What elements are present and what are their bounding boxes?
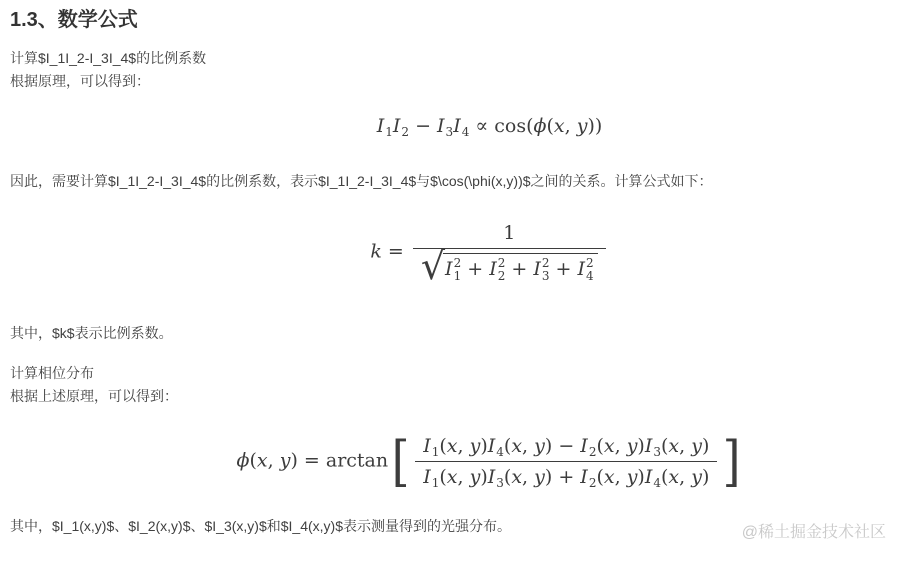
fraction-denominator: I1(x, y)I3(x, y) + I2(x, y)I4(x, y)	[415, 461, 717, 488]
math-glyph: I	[489, 258, 497, 280]
math-glyph: (	[546, 115, 553, 137]
math-glyph: (	[249, 450, 256, 472]
fraction-numerator: I1(x, y)I4(x, y) − I2(x, y)I3(x, y)	[415, 435, 717, 461]
math-glyph: +	[550, 258, 578, 280]
math-glyph: (	[596, 435, 603, 457]
math-glyph: ,	[679, 435, 691, 457]
math-token: x	[604, 466, 615, 488]
math-token: (	[596, 466, 603, 488]
math-token: I2	[580, 466, 596, 488]
math-token: )	[637, 435, 644, 457]
math-token: I3	[437, 115, 453, 137]
math-glyph: x	[554, 115, 565, 137]
math-glyph: ))	[587, 115, 602, 137]
math-glyph: I	[580, 466, 588, 488]
math-token: I4	[488, 435, 504, 457]
math-glyph: I	[533, 258, 541, 280]
math-token: ,	[615, 435, 627, 457]
math-token: ,	[679, 466, 691, 488]
math-glyph: ,	[615, 466, 627, 488]
subscript: 4	[462, 125, 470, 139]
math-glyph: +	[552, 466, 580, 488]
math-glyph: )	[702, 466, 709, 488]
math-glyph: +	[461, 258, 489, 280]
math-token: I1	[377, 115, 393, 137]
math-token: ))	[587, 115, 602, 137]
subscript: 2	[401, 125, 409, 139]
paragraph-compute-coefficient: 计算$I_1I_2-I_3I_4$的比例系数 根据原理，可以得到：	[10, 47, 899, 93]
math-glyph: ,	[615, 435, 627, 457]
math-glyph: )	[480, 435, 487, 457]
math-token: x	[511, 466, 522, 488]
formula-intensity-proportionality: I1I2 − I3I4 ∝ cos(ϕ(x, y))	[377, 115, 603, 137]
math-glyph: I	[578, 258, 586, 280]
formula-row-phase: ϕ(x, y) = arctan[I1(x, y)I4(x, y) − I2(x…	[10, 435, 899, 488]
math-token: y	[534, 435, 545, 457]
math-token: ϕ	[237, 450, 250, 472]
math-glyph: 1	[503, 222, 515, 244]
math-token: y	[627, 435, 638, 457]
math-token: ,	[565, 115, 577, 137]
math-token: )	[480, 435, 487, 457]
math-glyph: ,	[565, 115, 577, 137]
math-token: x	[668, 435, 679, 457]
math-token: y	[280, 450, 291, 472]
math-glyph: x	[604, 435, 615, 457]
math-glyph: −	[409, 115, 437, 137]
math-glyph: I	[377, 115, 385, 137]
math-glyph: y	[627, 466, 638, 488]
math-glyph: (	[439, 466, 446, 488]
math-glyph: ,	[458, 435, 470, 457]
math-token: I24	[578, 258, 594, 280]
math-token: +	[552, 466, 580, 488]
math-token: ,	[458, 466, 470, 488]
sub-sup-stack: 24	[586, 257, 594, 283]
math-token: ,	[679, 435, 691, 457]
bracket-body: I1(x, y)I4(x, y) − I2(x, y)I3(x, y)I1(x,…	[412, 435, 720, 488]
math-glyph: y	[577, 115, 588, 137]
math-glyph: x	[668, 466, 679, 488]
math-glyph: x	[511, 466, 522, 488]
math-glyph: k	[370, 241, 382, 263]
math-glyph: ,	[458, 466, 470, 488]
math-token: (	[439, 466, 446, 488]
subscript: 3	[542, 270, 550, 283]
subscript: 1	[432, 476, 440, 490]
math-glyph: I	[393, 115, 401, 137]
math-token: x	[447, 435, 458, 457]
math-token: =	[382, 241, 410, 263]
math-token: x	[447, 466, 458, 488]
math-token: ,	[615, 466, 627, 488]
math-token: x	[554, 115, 565, 137]
math-glyph: cos(	[494, 115, 533, 137]
math-token: I22	[489, 258, 505, 280]
math-glyph: ϕ	[534, 115, 547, 137]
math-glyph: ) = arctan	[290, 450, 388, 472]
math-glyph: y	[534, 466, 545, 488]
paragraph-relation-explanation: 因此，需要计算$I_1I_2-I_3I_4$的比例系数，表示$I_1I_2-I_…	[10, 170, 899, 193]
paragraph-k-meaning: 其中，$k$表示比例系数。	[10, 322, 899, 345]
math-glyph: ,	[522, 466, 534, 488]
text-line: 计算$I_1I_2-I_3I_4$的比例系数	[10, 47, 899, 70]
math-token: I1	[423, 466, 439, 488]
fraction-denominator: √I21 + I22 + I23 + I24	[413, 248, 606, 283]
math-glyph: =	[382, 241, 410, 263]
bracket-group: [I1(x, y)I4(x, y) − I2(x, y)I3(x, y)I1(x…	[390, 435, 742, 488]
math-glyph: x	[447, 466, 458, 488]
math-token: x	[257, 450, 268, 472]
math-glyph: ,	[679, 466, 691, 488]
math-token: ϕ	[534, 115, 547, 137]
subscript: 3	[496, 476, 504, 490]
math-token: (	[546, 115, 553, 137]
text-line: 计算相位分布	[10, 362, 899, 385]
math-token: I23	[533, 258, 549, 280]
math-token: y	[627, 466, 638, 488]
math-token: y	[470, 466, 481, 488]
math-glyph: ∝	[469, 115, 494, 137]
math-glyph: x	[257, 450, 268, 472]
math-glyph: I	[423, 435, 431, 457]
math-token: x	[511, 435, 522, 457]
math-glyph: )	[480, 466, 487, 488]
math-token: I4	[645, 466, 661, 488]
section-heading: 1.3、数学公式	[10, 8, 899, 32]
math-glyph: y	[534, 435, 545, 457]
math-token: )	[480, 466, 487, 488]
math-token: +	[461, 258, 489, 280]
right-bracket: ]	[723, 439, 741, 485]
math-glyph: I	[488, 435, 496, 457]
math-glyph: I	[453, 115, 461, 137]
math-token: 1	[503, 222, 515, 244]
math-token: ,	[522, 466, 534, 488]
sub-sup-stack: 23	[542, 257, 550, 283]
formula-phase-distribution: ϕ(x, y) = arctan[I1(x, y)I4(x, y) − I2(x…	[237, 435, 743, 488]
fraction: I1(x, y)I4(x, y) − I2(x, y)I3(x, y)I1(x,…	[415, 435, 717, 488]
subscript: 3	[446, 125, 454, 139]
math-glyph: y	[627, 435, 638, 457]
math-glyph: I	[437, 115, 445, 137]
math-glyph: x	[511, 435, 522, 457]
subscript: 1	[385, 125, 393, 139]
radical-sign: √	[421, 251, 445, 281]
math-token: I1	[423, 435, 439, 457]
subscript: 3	[653, 445, 661, 459]
math-token: x	[604, 435, 615, 457]
math-token: )	[702, 435, 709, 457]
formula-row-coefficient: k = 1√I21 + I22 + I23 + I24	[10, 222, 899, 283]
math-token: ) = arctan	[290, 450, 388, 472]
subscript: 4	[653, 476, 661, 490]
math-token: I4	[453, 115, 469, 137]
math-token: (	[596, 435, 603, 457]
math-token: y	[534, 466, 545, 488]
math-glyph: I	[445, 258, 453, 280]
math-glyph: (	[596, 466, 603, 488]
math-token: −	[552, 435, 580, 457]
subscript: 2	[589, 476, 597, 490]
math-glyph: I	[645, 435, 653, 457]
math-token: I21	[445, 258, 461, 280]
math-glyph: I	[488, 466, 496, 488]
math-token: +	[550, 258, 578, 280]
math-token: +	[505, 258, 533, 280]
article-page: 1.3、数学公式 计算$I_1I_2-I_3I_4$的比例系数 根据原理，可以得…	[0, 0, 899, 561]
math-glyph: )	[637, 435, 644, 457]
math-token: y	[577, 115, 588, 137]
math-token: (	[439, 435, 446, 457]
math-glyph: )	[702, 435, 709, 457]
math-token: I3	[645, 435, 661, 457]
math-glyph: ,	[522, 435, 534, 457]
site-watermark: @稀土掘金技术社区	[742, 522, 886, 544]
math-token: k	[370, 241, 382, 263]
math-glyph: x	[668, 435, 679, 457]
math-glyph: I	[423, 466, 431, 488]
math-token: I2	[393, 115, 409, 137]
subscript: 4	[586, 270, 594, 283]
math-glyph: )	[637, 466, 644, 488]
math-token: )	[702, 466, 709, 488]
math-glyph: −	[552, 435, 580, 457]
math-token: cos(	[494, 115, 533, 137]
math-glyph: y	[691, 466, 702, 488]
math-glyph: ,	[268, 450, 280, 472]
math-token: )	[637, 466, 644, 488]
math-token: y	[470, 435, 481, 457]
subscript: 2	[589, 445, 597, 459]
math-glyph: x	[604, 466, 615, 488]
math-glyph: I	[645, 466, 653, 488]
square-root: √I21 + I22 + I23 + I24	[421, 253, 598, 283]
math-token: ∝	[469, 115, 494, 137]
math-glyph: x	[447, 435, 458, 457]
left-bracket: [	[392, 439, 410, 485]
text-line: 根据上述原理，可以得到：	[10, 385, 899, 408]
formula-scale-coefficient: k = 1√I21 + I22 + I23 + I24	[370, 222, 608, 283]
math-glyph: (	[439, 435, 446, 457]
math-glyph: ϕ	[237, 450, 250, 472]
math-token: y	[691, 466, 702, 488]
math-token: (	[249, 450, 256, 472]
paragraph-phase-distribution: 计算相位分布 根据上述原理，可以得到：	[10, 362, 899, 408]
math-token: ,	[268, 450, 280, 472]
subscript: 1	[432, 445, 440, 459]
math-glyph: y	[691, 435, 702, 457]
math-token: I2	[580, 435, 596, 457]
math-token: y	[691, 435, 702, 457]
fraction: 1√I21 + I22 + I23 + I24	[413, 222, 606, 283]
formula-row-proportionality: I1I2 − I3I4 ∝ cos(ϕ(x, y))	[10, 115, 899, 137]
math-token: ,	[522, 435, 534, 457]
radicand: I21 + I22 + I23 + I24	[443, 253, 598, 283]
math-token: I3	[488, 466, 504, 488]
math-token: −	[409, 115, 437, 137]
math-token: x	[668, 466, 679, 488]
math-glyph: y	[470, 466, 481, 488]
math-glyph: y	[280, 450, 291, 472]
text-line: 根据原理，可以得到：	[10, 70, 899, 93]
subscript: 4	[496, 445, 504, 459]
math-token: ,	[458, 435, 470, 457]
math-glyph: +	[505, 258, 533, 280]
math-glyph: I	[580, 435, 588, 457]
math-glyph: y	[470, 435, 481, 457]
